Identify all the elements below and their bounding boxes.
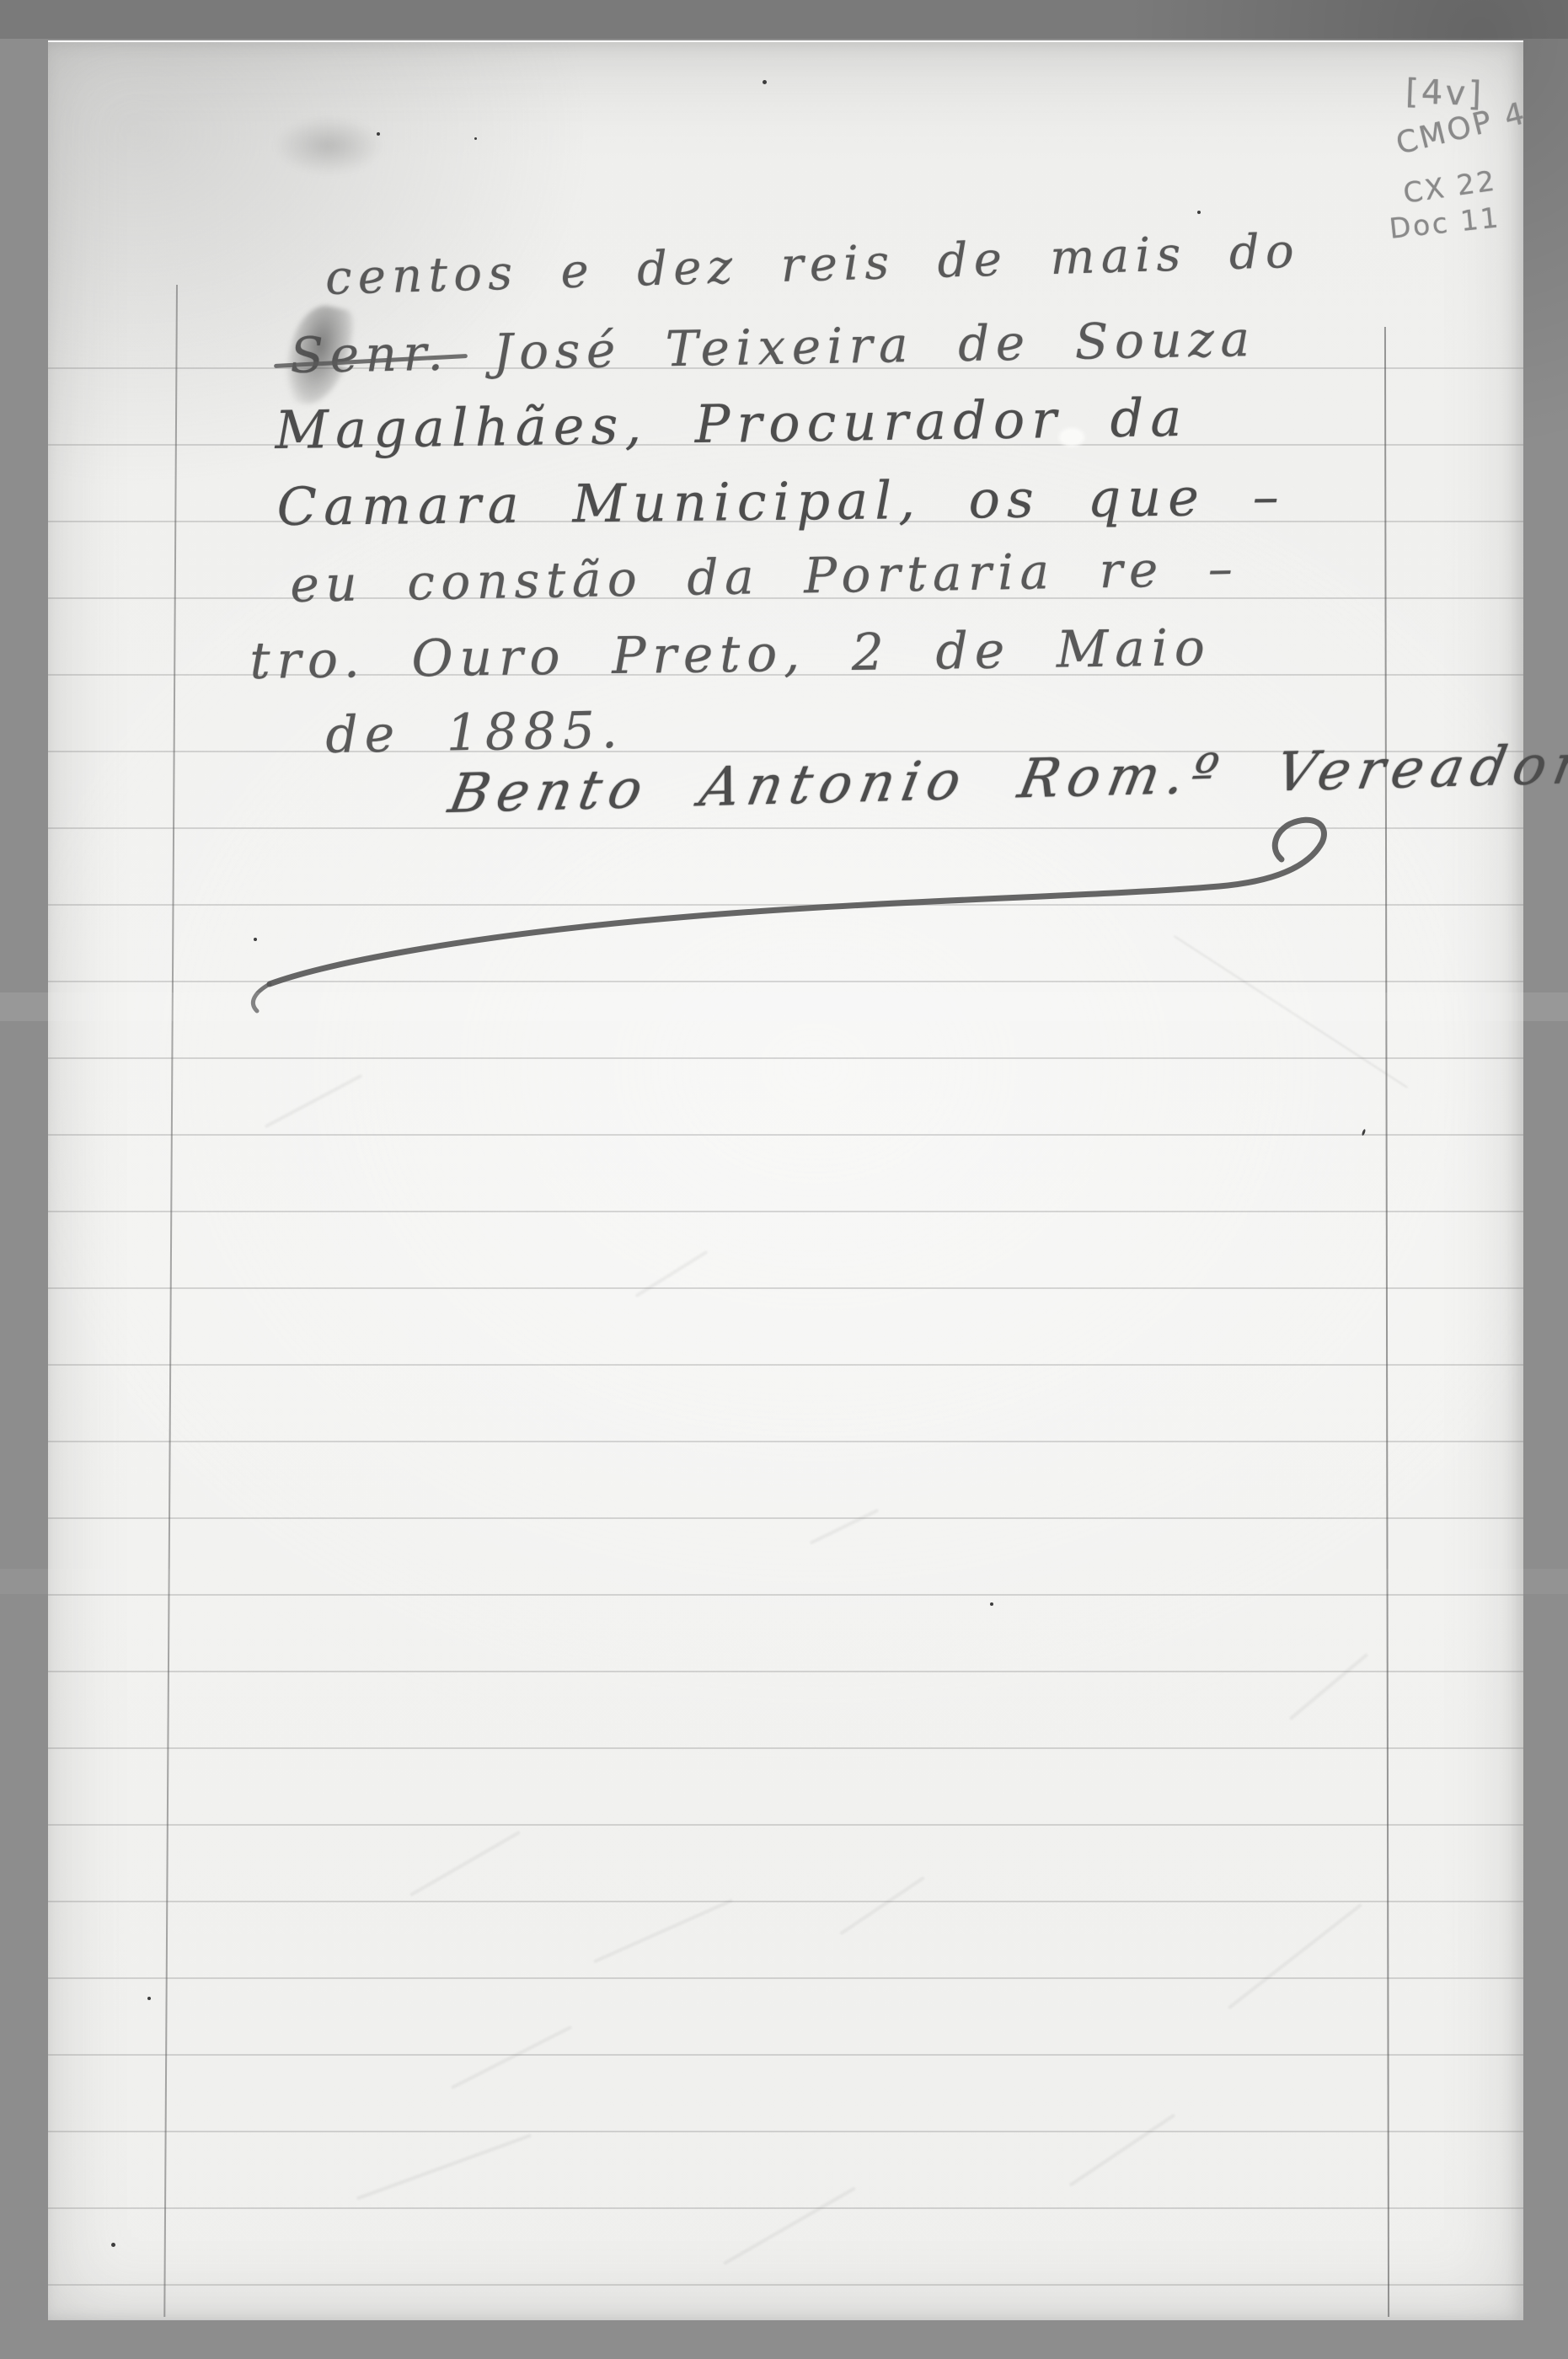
dust-speck xyxy=(111,2243,115,2247)
dust-speck xyxy=(377,132,380,136)
bleedthrough-mark xyxy=(635,1250,709,1297)
bleedthrough-mark xyxy=(265,1074,363,1129)
bleedthrough-mark xyxy=(593,1899,733,1964)
paper-crease xyxy=(1174,935,1408,1088)
dust-speck xyxy=(147,1997,151,2000)
manuscript-line: de 1885. xyxy=(325,701,624,765)
bleedthrough-mark xyxy=(810,1508,880,1544)
dust-speck xyxy=(990,1602,993,1606)
faint-smudge xyxy=(274,116,383,175)
left-margin-line xyxy=(163,285,178,2317)
bleedthrough-mark xyxy=(451,2025,572,2089)
right-margin-line xyxy=(1384,327,1389,2317)
bleedthrough-mark xyxy=(409,1831,521,1896)
manuscript-line: Magalhães, Procurador da xyxy=(275,387,1189,461)
bleedthrough-mark xyxy=(723,2186,856,2265)
paper-sheet: [4v] CMOP 4 CX 22 Doc 11 centos e dez re… xyxy=(48,40,1523,2320)
scanner-top-band xyxy=(0,0,1568,39)
bleedthrough-mark xyxy=(1069,2113,1176,2186)
manuscript-line: eu constão da Portaria re – xyxy=(290,539,1239,613)
scanned-manuscript-page: [4v] CMOP 4 CX 22 Doc 11 centos e dez re… xyxy=(0,0,1568,2359)
dust-speck xyxy=(474,137,477,140)
manuscript-line: centos e dez reis de mais do xyxy=(324,224,1301,306)
white-spot xyxy=(1059,428,1084,447)
manuscript-line: Camara Municipal, os que – xyxy=(276,465,1286,538)
bleedthrough-mark xyxy=(839,1876,925,1935)
bleedthrough-mark xyxy=(356,2133,532,2200)
dust-speck xyxy=(763,80,767,84)
dust-speck xyxy=(1362,1129,1367,1137)
dust-speck xyxy=(254,938,257,941)
dust-speck xyxy=(1197,211,1201,214)
manuscript-line: tro. Ouro Preto, 2 de Maio xyxy=(249,618,1212,691)
signature-flourish xyxy=(48,42,1523,2320)
manuscript-line: Senr. José Teixeira de Souza xyxy=(290,310,1256,384)
ink-smudge xyxy=(279,300,357,411)
bleedthrough-mark xyxy=(1289,1653,1368,1720)
bleedthrough-mark xyxy=(1228,1903,1362,2009)
